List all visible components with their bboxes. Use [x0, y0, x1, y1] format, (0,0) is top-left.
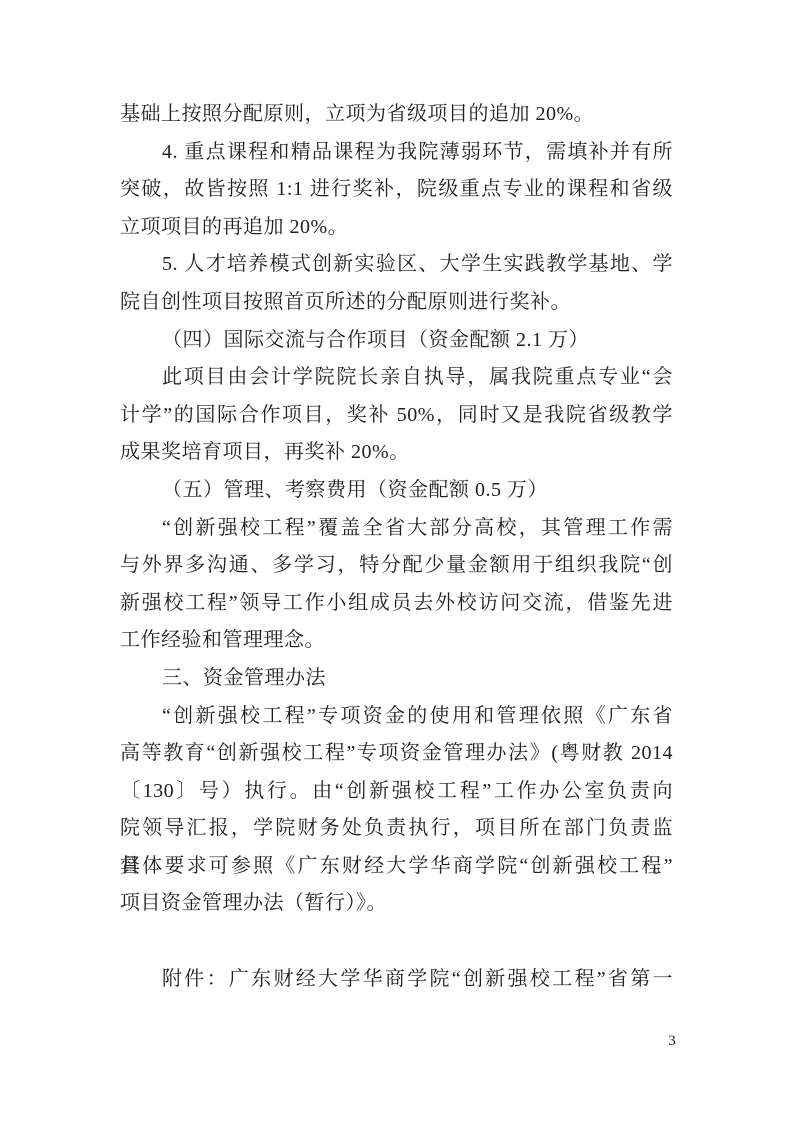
- text-line: 立项项目的再追加 20%。: [120, 209, 673, 247]
- text-line: 高等教育“创新强校工程”专项资金管理办法》(粤财教 2014: [120, 735, 673, 773]
- text-line: 〔130〕号）执行。由“创新强校工程”工作办公室负责向: [120, 773, 673, 811]
- document-text-block: 基础上按照分配原则，立项为省级项目的追加 20%。 4. 重点课程和精品课程为我…: [120, 96, 673, 998]
- text-line: 项目资金管理办法（暂行）》。: [120, 885, 673, 923]
- text-line: 4. 重点课程和精品课程为我院薄弱环节，需填补并有所: [120, 134, 673, 172]
- text-line: 院自创性项目按照首页所述的分配原则进行奖补。: [120, 284, 673, 322]
- section-heading-line: （四）国际交流与合作项目（资金配额 2.1 万）: [120, 322, 673, 360]
- text-line: 新强校工程”领导工作小组成员去外校访问交流，借鉴先进: [120, 585, 673, 623]
- text-line: 基础上按照分配原则，立项为省级项目的追加 20%。: [120, 96, 673, 134]
- text-line: 工作经验和管理理念。: [120, 622, 673, 660]
- section-heading-line: （五）管理、考察费用（资金配额 0.5 万）: [120, 472, 673, 510]
- text-line: 此项目由会计学院院长亲自执导，属我院重点专业“会: [120, 359, 673, 397]
- blank-line: [120, 923, 673, 961]
- text-line: “创新强校工程”专项资金的使用和管理依照《广东省: [120, 698, 673, 736]
- text-line: 突破，故皆按照 1:1 进行奖补，院级重点专业的课程和省级: [120, 171, 673, 209]
- text-line: 与外界多沟通、多学习，特分配少量金额用于组织我院“创: [120, 547, 673, 585]
- text-line: 5. 人才培养模式创新实验区、大学生实践教学基地、学: [120, 246, 673, 284]
- text-line: 计学”的国际合作项目，奖补 50%，同时又是我院省级教学: [120, 397, 673, 435]
- section-heading-line: 三、资金管理办法: [120, 660, 673, 698]
- text-line: 院领导汇报，学院财务处负责执行，项目所在部门负责监督。: [120, 810, 673, 848]
- text-line: 具体要求可参照《广东财经大学华商学院“创新强校工程”: [120, 848, 673, 886]
- text-line: 成果奖培育项目，再奖补 20%。: [120, 434, 673, 472]
- document-page: 基础上按照分配原则，立项为省级项目的追加 20%。 4. 重点课程和精品课程为我…: [0, 0, 793, 1121]
- page-number: 3: [660, 1030, 684, 1052]
- attachment-line: 附件：广东财经大学华商学院“创新强校工程”省第一: [120, 961, 673, 999]
- text-line: “创新强校工程”覆盖全省大部分高校，其管理工作需: [120, 510, 673, 548]
